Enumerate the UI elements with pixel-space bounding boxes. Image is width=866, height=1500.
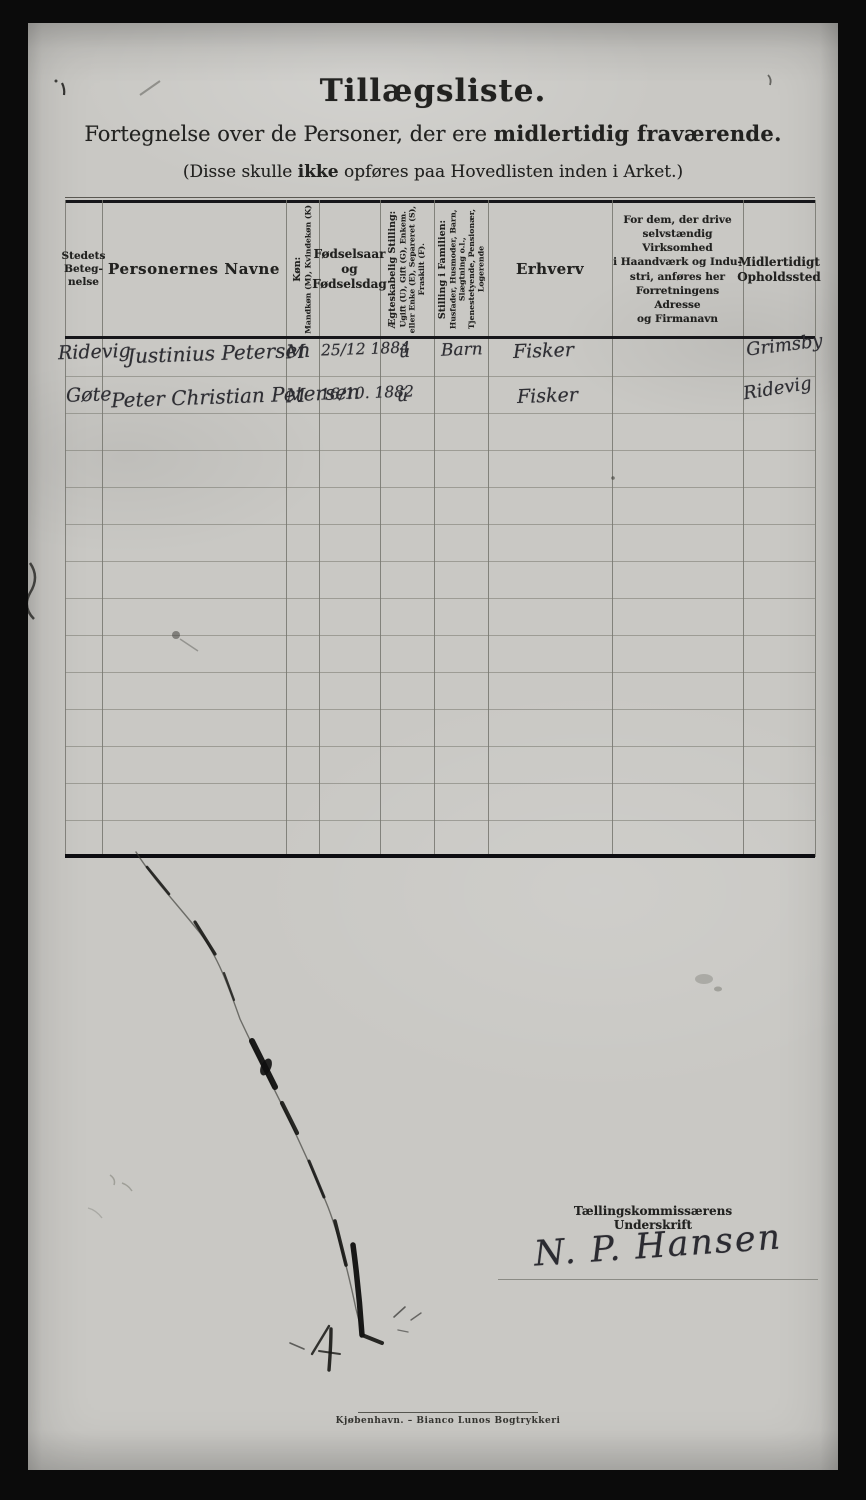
table-row (65, 598, 815, 636)
table-row (65, 635, 815, 673)
screenshot-root: { "colors": { "backdrop": "#0b0b0b", "pa… (0, 0, 866, 1500)
table-row (65, 413, 815, 451)
handwritten-navn: Justinius Petersen (127, 338, 311, 368)
handwritten-fodsel: 25/12 1884 (321, 338, 411, 359)
table-header-aegteskabelig-title: Ægteskabelig Stilling: (387, 206, 398, 333)
handwritten-familien: Barn (441, 339, 483, 360)
table-rule-top-thin (65, 197, 815, 198)
table-row (65, 524, 815, 562)
table-header-ophold: Midlertidigt Opholdssted (743, 203, 815, 336)
handwritten-sted: Ridevig (58, 340, 131, 365)
table-row (65, 783, 815, 821)
table-row (65, 487, 815, 525)
doc-note-bold: ikke (298, 162, 339, 182)
handwritten-sted: Gøte (66, 383, 112, 407)
table-row (65, 561, 815, 599)
table-row (65, 820, 815, 857)
crease-artifact (136, 852, 382, 1343)
table-grid-vline (815, 200, 816, 857)
table-row (65, 672, 815, 710)
table-row (65, 709, 815, 747)
handwritten-aegteskabelig: ŭ (399, 342, 411, 362)
table-body: RidevigJustinius PetersenM25/12 1884ŭBar… (65, 339, 815, 857)
handwritten-ophold: Ridevig (742, 373, 813, 405)
doc-note-pre: (Disse skulle (183, 162, 298, 182)
doc-note-post: opføres paa Hovedlisten inden i Arket.) (339, 162, 684, 182)
table-header-aegteskabelig: Ægteskabelig Stilling:Ugift (U), Gift (G… (380, 203, 434, 336)
doc-subtitle-bold: midlertidig fraværende. (494, 121, 782, 146)
signature-line (498, 1279, 818, 1280)
table-header-familien: Stilling i Familien:Husfader, Husmoder, … (434, 203, 488, 336)
table-header-firma: For dem, der drive selvstændig Virksomhe… (612, 203, 743, 336)
doc-title: Tillægsliste. (28, 73, 838, 109)
table-header-navn: Personernes Navne (102, 203, 286, 336)
doc-subtitle: Fortegnelse over de Personer, der ere mi… (28, 121, 838, 146)
table-row (65, 746, 815, 784)
table-header-kon-title: Køn: (292, 205, 303, 334)
table-header-familien-detail: Husfader, Husmoder, Barn, Slægtning o.l.… (448, 209, 485, 329)
handwritten-erhverv: Fisker (517, 384, 579, 408)
table-row: RidevigJustinius PetersenM25/12 1884ŭBar… (65, 339, 815, 377)
table-row: GøtePeter Christian PetersenM16/10. 1882… (65, 376, 815, 414)
table-rule-bottom (65, 854, 815, 858)
table-header-aegteskabelig-detail: Ugift (U), Gift (G), Enkem. eller Enke (… (399, 206, 427, 333)
document-page: Tillægsliste. Fortegnelse over de Person… (28, 23, 838, 1470)
census-table: Stedets Beteg- nelsePersonernes NavneKøn… (65, 197, 815, 859)
handwritten-aegteskabelig: ŭ (397, 386, 409, 406)
table-header-fodsel: Fødselsaar og Fødselsdag (319, 203, 380, 336)
footer-imprint: Kjøbenhavn. – Bianco Lunos Bogtrykkeri (283, 1416, 613, 1426)
table-header-erhverv: Erhverv (488, 203, 612, 336)
doc-subtitle-regular: Fortegnelse over de Personer, der ere (84, 122, 493, 146)
handwritten-kon: M (286, 385, 306, 408)
handwritten-erhverv: Fisker (513, 339, 575, 363)
handwritten-kon: M (286, 341, 306, 364)
table-header-familien-title: Stilling i Familien: (437, 209, 448, 329)
doc-note: (Disse skulle ikke opføres paa Hovedlist… (28, 162, 838, 182)
table-row (65, 450, 815, 488)
table-header-sted: Stedets Beteg- nelse (65, 203, 102, 336)
ink-blot-4 (290, 1307, 421, 1370)
footer-rule (358, 1412, 538, 1413)
